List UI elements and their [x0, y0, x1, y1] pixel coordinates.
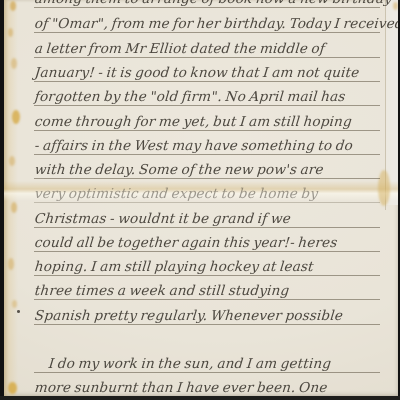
letter-line: hoping. I am still playing hockey at lea… — [34, 255, 380, 276]
stain — [10, 1, 16, 11]
letter-line: January! - it is good to know that I am … — [34, 61, 380, 82]
stain — [11, 58, 17, 69]
photo-bottom-edge — [0, 396, 400, 400]
letter-line: I do my work in the sun, and I am gettin… — [34, 352, 380, 373]
stain — [8, 28, 13, 37]
letter-line: more sunburnt than I have ever been. One — [34, 376, 380, 397]
stain — [8, 258, 14, 270]
stain — [8, 382, 17, 394]
letter-line: Christmas - wouldnt it be grand if we — [34, 207, 380, 228]
letter-line: Spanish pretty regularly. Whenever possi… — [34, 304, 380, 325]
letter-line: three times a week and still studying — [34, 279, 380, 300]
letter-line-clipped: among them to arrange of book now a new … — [34, 0, 380, 8]
stain — [12, 110, 20, 124]
stain — [393, 2, 398, 10]
stain — [11, 202, 17, 213]
margin-dot — [17, 310, 20, 313]
letter-line: very optimistic and expect to be home by — [34, 182, 380, 203]
letter-page: among them to arrange of book now a new … — [4, 0, 398, 397]
stain — [9, 156, 15, 166]
stain — [12, 300, 17, 308]
letter-line: of "Omar", from me for her birthday. Tod… — [34, 12, 380, 33]
letter-photo: among them to arrange of book now a new … — [0, 0, 400, 400]
letter-line: a letter from Mr Elliot dated the middle… — [34, 37, 380, 58]
letter-line: could all be together again this year!- … — [34, 231, 380, 252]
letter-line: - affairs in the West may have something… — [34, 134, 380, 155]
letter-line: forgotten by the "old firm". No April ma… — [34, 85, 380, 106]
letter-line: with the delay. Some of the new pow's ar… — [34, 158, 380, 179]
letter-line: come through for me yet, but I am still … — [34, 110, 380, 131]
